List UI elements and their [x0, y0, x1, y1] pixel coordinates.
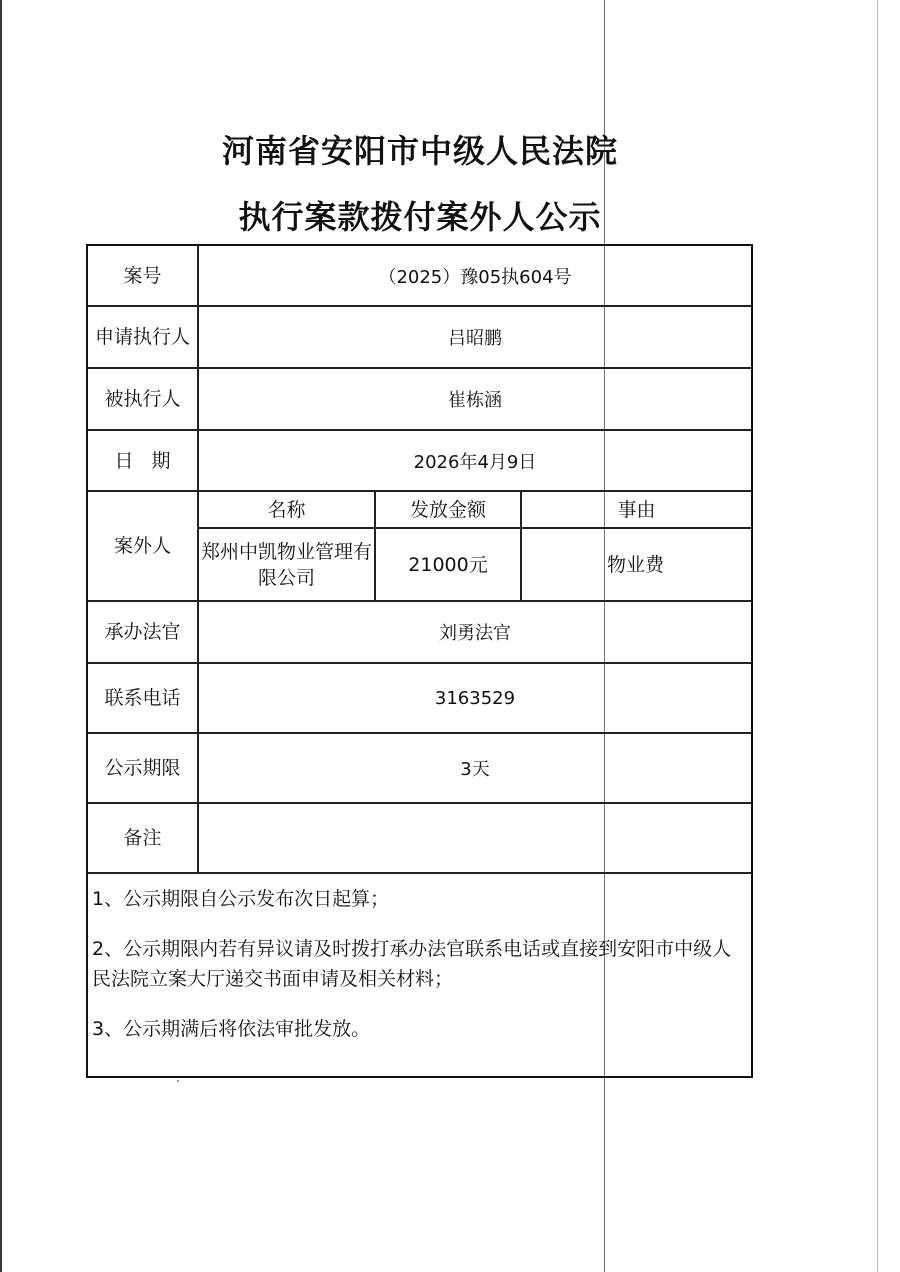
outsider-reason: 物业费 — [522, 529, 751, 600]
phone-label: 联系电话 — [88, 664, 199, 732]
case-number-label: 案号 — [88, 246, 199, 305]
scan-speck — [177, 1080, 179, 1082]
outsider-data-row: 郑州中凯物业管理有限公司 21000元 物业费 — [199, 529, 751, 600]
judge-value: 刘勇法官 — [199, 602, 751, 662]
case-number-value: （2025）豫05执604号 — [199, 246, 751, 305]
row-date: 日期 2026年4月9日 — [88, 431, 751, 492]
row-phone: 联系电话 3163529 — [88, 664, 751, 734]
period-label: 公示期限 — [88, 734, 199, 802]
outsider-header-row: 名称 发放金额 事由 — [199, 492, 751, 529]
outsider-subtable: 名称 发放金额 事由 郑州中凯物业管理有限公司 21000元 物业费 — [199, 492, 751, 600]
column-header-name: 名称 — [199, 492, 376, 527]
applicant-value: 吕昭鹏 — [199, 307, 751, 367]
phone-value: 3163529 — [199, 664, 751, 732]
notes-block: 1、公示期限自公示发布次日起算； 2、公示期限内若有异议请及时拨打承办法官联系电… — [88, 874, 751, 1076]
outsider-amount: 21000元 — [376, 529, 522, 600]
row-notes: 1、公示期限自公示发布次日起算； 2、公示期限内若有异议请及时拨打承办法官联系电… — [88, 874, 751, 1076]
column-header-reason: 事由 — [522, 492, 751, 527]
column-header-amount: 发放金额 — [376, 492, 522, 527]
note-item: 2、公示期限内若有异议请及时拨打承办法官联系电话或直接到安阳市中级人民法院立案大… — [92, 934, 749, 994]
date-label-text: 日期 — [114, 448, 188, 474]
remark-value — [199, 804, 751, 872]
scan-left-edge — [0, 0, 2, 1272]
row-applicant: 申请执行人 吕昭鹏 — [88, 307, 751, 369]
remark-label: 备注 — [88, 804, 199, 872]
notice-table: 案号 （2025）豫05执604号 申请执行人 吕昭鹏 被执行人 崔栋涵 日期 … — [86, 244, 753, 1078]
outsider-label: 案外人 — [88, 492, 199, 600]
court-name-title: 河南省安阳市中级人民法院 — [0, 126, 840, 172]
period-value: 3天 — [199, 734, 751, 802]
applicant-label: 申请执行人 — [88, 307, 199, 367]
row-period: 公示期限 3天 — [88, 734, 751, 804]
row-judge: 承办法官 刘勇法官 — [88, 602, 751, 664]
row-case-number: 案号 （2025）豫05执604号 — [88, 246, 751, 307]
respondent-value: 崔栋涵 — [199, 369, 751, 429]
row-remark: 备注 — [88, 804, 751, 874]
date-label: 日期 — [88, 431, 199, 490]
judge-label: 承办法官 — [88, 602, 199, 662]
respondent-label: 被执行人 — [88, 369, 199, 429]
note-item: 3、公示期满后将依法审批发放。 — [92, 1014, 749, 1044]
row-outsider: 案外人 名称 发放金额 事由 郑州中凯物业管理有限公司 21000元 物业费 — [88, 492, 751, 602]
row-respondent: 被执行人 崔栋涵 — [88, 369, 751, 431]
outsider-name: 郑州中凯物业管理有限公司 — [199, 529, 376, 600]
scan-right-edge — [877, 0, 878, 1272]
note-item: 1、公示期限自公示发布次日起算； — [92, 884, 749, 914]
notice-title: 执行案款拨付案外人公示 — [0, 192, 840, 238]
date-value: 2026年4月9日 — [199, 431, 751, 490]
